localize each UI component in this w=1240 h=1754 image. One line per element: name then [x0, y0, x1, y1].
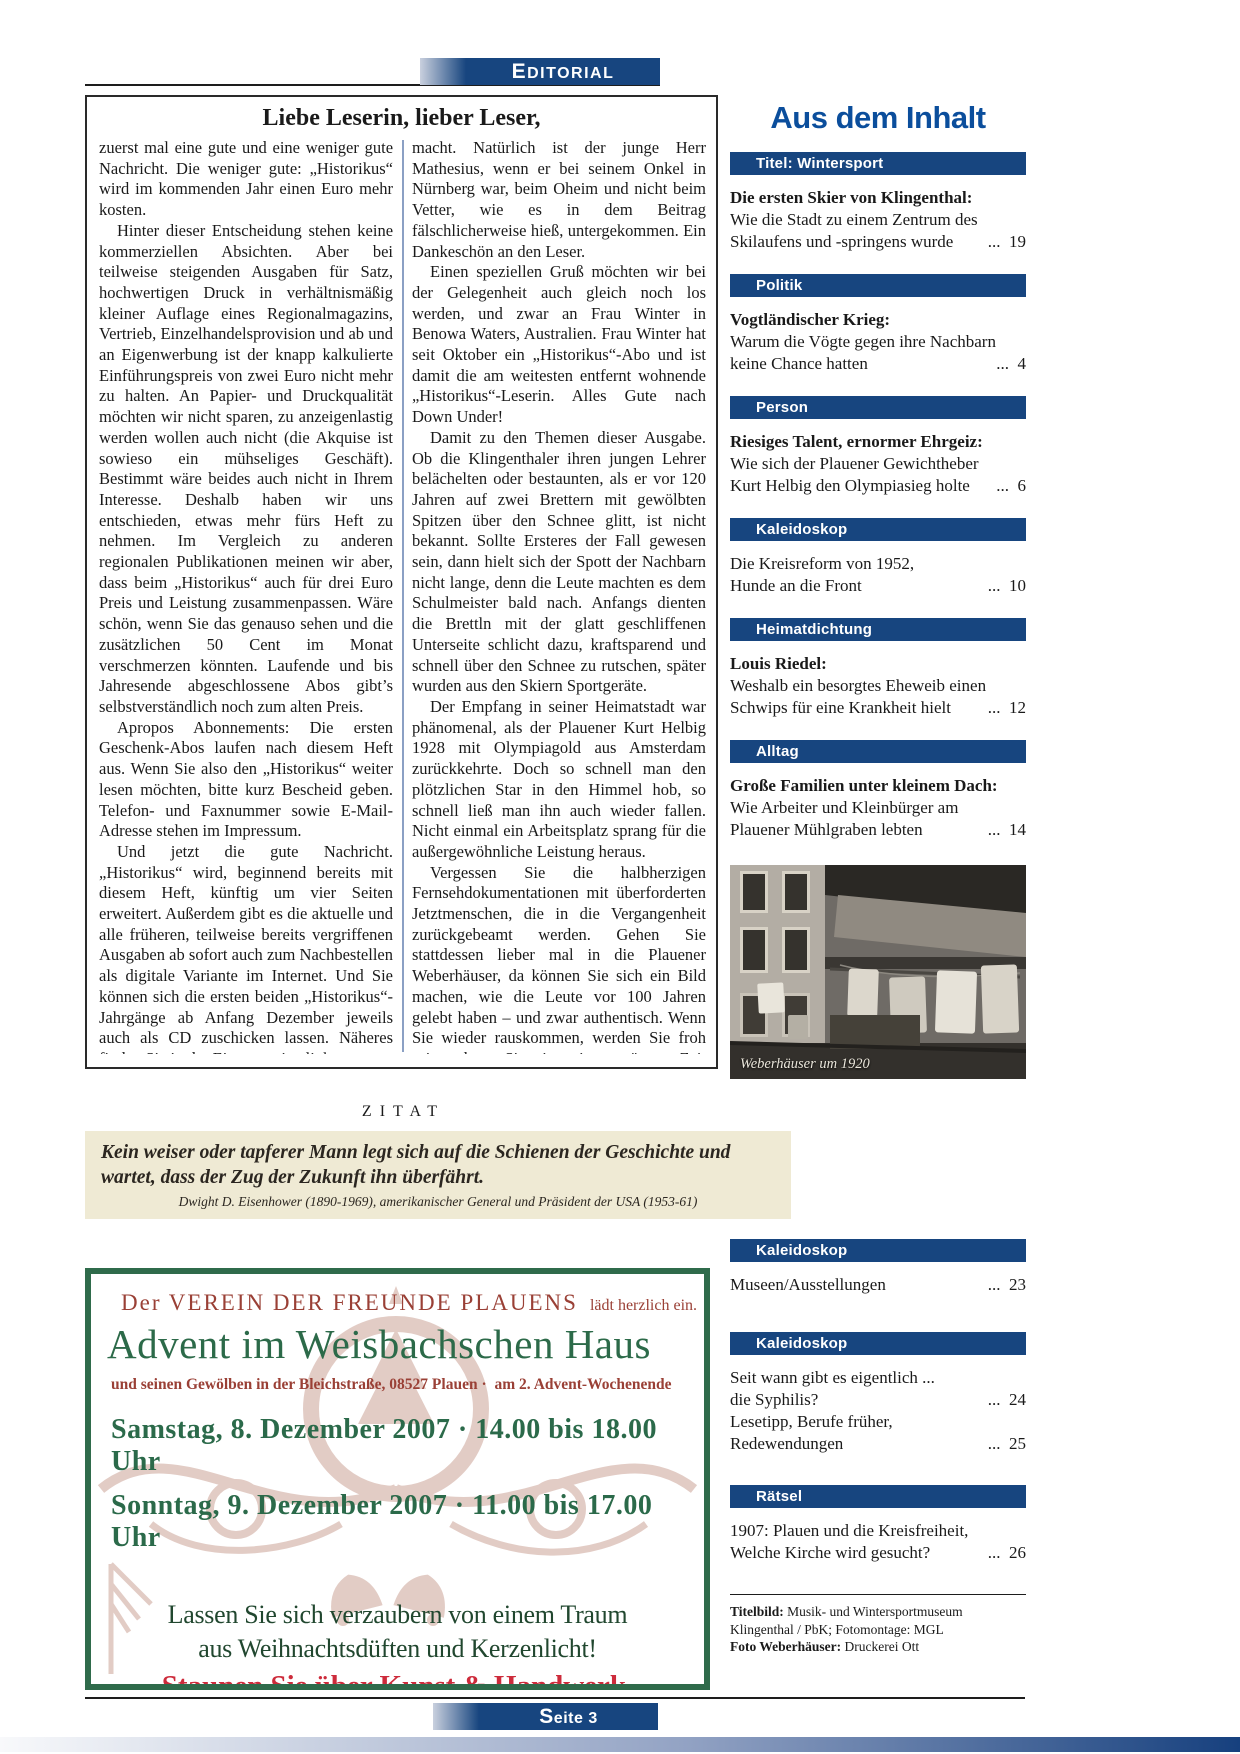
- toc-line-text: Skilaufens und -springens wurde: [730, 231, 953, 253]
- quote-box: Kein weiser oder tapferer Mann legt sich…: [85, 1131, 791, 1219]
- ad-date-sunday: Sonntag, 9. Dezember 2007 · 11.00 bis 17…: [111, 1490, 704, 1554]
- editorial-paragraph: Und jetzt die gute Nachricht. „Historiku…: [99, 842, 393, 1054]
- toc-section-bar: Titel: Wintersport: [730, 152, 1026, 175]
- quote-heading: ZITAT: [85, 1103, 722, 1121]
- toc-entry: Große Familien unter kleinem Dach:Wie Ar…: [730, 775, 1026, 841]
- credit-label: Foto Weberhäuser:: [730, 1639, 841, 1654]
- toc-section-bar: Rätsel: [730, 1485, 1026, 1508]
- toc-page-number: ... 24: [980, 1389, 1026, 1411]
- ad-subline: und seinen Gewölben in der Bleichstraße,…: [111, 1376, 704, 1394]
- toc-line-text: Warum die Vögte gegen ihre Nachbarn: [730, 331, 996, 353]
- toc-section-label: Titel: Wintersport: [730, 155, 883, 172]
- toc-page-number: ... 23: [980, 1274, 1026, 1296]
- column-divider: [402, 140, 404, 1052]
- editorial-label: EDITORIAL: [466, 60, 660, 84]
- toc-line: Warum die Vögte gegen ihre Nachbarn: [730, 331, 1026, 353]
- toc-section: PolitikVogtländischer Krieg:Warum die Vö…: [730, 274, 1026, 375]
- photo-caption: Weberhäuser um 1920: [740, 1056, 870, 1073]
- quote-attribution: Dwight D. Eisenhower (1890-1969), amerik…: [101, 1194, 775, 1210]
- ad-headline: Advent im Weisbachschen Haus: [107, 1320, 704, 1368]
- credit-line: Klingenthal / PbK; Fotomontage: MGL: [730, 1621, 1026, 1639]
- toc-line: 1907: Plauen und die Kreisfreiheit,: [730, 1520, 1026, 1542]
- quote-text: Kein weiser oder tapferer Mann legt sich…: [101, 1140, 775, 1190]
- ad-tagline-3: Staunen Sie über Kunst & Handwerk.: [91, 1670, 704, 1690]
- toc-section: Titel: WintersportDie ersten Skier von K…: [730, 152, 1026, 253]
- editorial-column-right: macht. Natürlich ist der junge Herr Math…: [412, 138, 706, 1054]
- ad-tagline-2: aus Weihnachtsdüften und Kerzenlicht!: [91, 1634, 704, 1664]
- editorial-box: Liebe Leserin, lieber Leser, zuerst mal …: [85, 95, 718, 1069]
- toc-sections-top: Titel: WintersportDie ersten Skier von K…: [730, 152, 1026, 841]
- toc-line: Große Familien unter kleinem Dach:: [730, 775, 1026, 797]
- table-of-contents: Aus dem Inhalt Titel: WintersportDie ers…: [730, 100, 1026, 1656]
- toc-line-text: 1907: Plauen und die Kreisfreiheit,: [730, 1520, 968, 1542]
- toc-section-label: Person: [730, 399, 808, 416]
- editorial-paragraph: macht. Natürlich ist der junge Herr Math…: [412, 138, 706, 262]
- badge-navy: EDITORIAL: [466, 58, 660, 85]
- toc-line: Plauener Mühlgraben lebten... 14: [730, 819, 1026, 841]
- toc-line: Vogtländischer Krieg:: [730, 309, 1026, 331]
- toc-line: Lesetipp, Berufe früher,: [730, 1411, 1026, 1433]
- toc-line-text: Schwips für eine Krankheit hielt: [730, 697, 951, 719]
- toc-line-text: Vogtländischer Krieg:: [730, 309, 890, 331]
- toc-line: Museen/Ausstellungen... 23: [730, 1274, 1026, 1296]
- toc-page-number: ... 6: [988, 475, 1026, 497]
- toc-section: KaleidoskopDie Kreisreform von 1952,Hund…: [730, 518, 1026, 597]
- toc-page-number: ... 19: [980, 231, 1026, 253]
- toc-section-bar: Kaleidoskop: [730, 1332, 1026, 1355]
- credit-text: Druckerei Ott: [841, 1639, 919, 1654]
- ad-date-saturday: Samstag, 8. Dezember 2007 · 14.00 bis 18…: [111, 1414, 704, 1478]
- footer-rule: [85, 1697, 1025, 1699]
- photo-illustration: [730, 865, 1026, 1079]
- editorial-paragraph: Einen speziellen Gruß möchten wir bei de…: [412, 262, 706, 428]
- toc-section-label: Kaleidoskop: [730, 1335, 847, 1352]
- toc-line-text: Die Kreisreform von 1952,: [730, 553, 914, 575]
- toc-entry: Louis Riedel:Weshalb ein besorgtes Ehewe…: [730, 653, 1026, 719]
- toc-section-bar: Person: [730, 396, 1026, 419]
- editorial-badge: EDITORIAL: [420, 58, 660, 85]
- toc-line: Louis Riedel:: [730, 653, 1026, 675]
- credit-text: Musik- und Wintersportmuseum: [784, 1604, 963, 1619]
- toc-page-number: ... 26: [980, 1542, 1026, 1564]
- toc-line-text: Kurt Helbig den Olympiasieg holte: [730, 475, 970, 497]
- editorial-paragraph: Apropos Abonnements: Die ersten Geschenk…: [99, 718, 393, 842]
- editorial-columns: zuerst mal eine gute und eine weniger gu…: [87, 136, 716, 1060]
- toc-entry: Seit wann gibt es eigentlich ...die Syph…: [730, 1367, 1026, 1455]
- editorial-title: Liebe Leserin, lieber Leser,: [87, 105, 716, 132]
- toc-line-text: Große Familien unter kleinem Dach:: [730, 775, 998, 797]
- toc-section-bar: Heimatdichtung: [730, 618, 1026, 641]
- toc-line-text: die Syphilis?: [730, 1389, 818, 1411]
- toc-sections-bottom: KaleidoskopMuseen/Ausstellungen... 23Kal…: [730, 1239, 1026, 1564]
- toc-page-number: ... 4: [988, 353, 1026, 375]
- toc-line: Welche Kirche wird gesucht?... 26: [730, 1542, 1026, 1564]
- toc-line: die Syphilis?... 24: [730, 1389, 1026, 1411]
- toc-line-text: Redewendungen: [730, 1433, 843, 1455]
- toc-page-number: ... 10: [980, 575, 1026, 597]
- toc-line-text: Wie die Stadt zu einem Zentrum des: [730, 209, 978, 231]
- toc-section-label: Rätsel: [730, 1488, 802, 1505]
- toc-line-text: Lesetipp, Berufe früher,: [730, 1411, 893, 1433]
- toc-line-text: Museen/Ausstellungen: [730, 1274, 886, 1296]
- ad-invitation-line: Der VEREIN DER FREUNDE PLAUENS lädt herz…: [121, 1290, 704, 1316]
- toc-line: Redewendungen... 25: [730, 1433, 1026, 1455]
- toc-section-label: Kaleidoskop: [730, 1242, 847, 1259]
- toc-entry: 1907: Plauen und die Kreisfreiheit,Welch…: [730, 1520, 1026, 1564]
- toc-section: Rätsel1907: Plauen und die Kreisfreiheit…: [730, 1485, 1026, 1564]
- ad-subline-address: und seinen Gewölben in der Bleichstraße,…: [111, 1376, 487, 1393]
- editorial-column-left: zuerst mal eine gute und eine weniger gu…: [99, 138, 393, 1054]
- toc-line: Wie die Stadt zu einem Zentrum des: [730, 209, 1026, 231]
- toc-section: HeimatdichtungLouis Riedel:Weshalb ein b…: [730, 618, 1026, 719]
- badge-gradient: [433, 1703, 479, 1730]
- toc-line-text: Wie sich der Plauener Gewichtheber: [730, 453, 979, 475]
- toc-section: KaleidoskopSeit wann gibt es eigentlich …: [730, 1332, 1026, 1455]
- credit-label: Titelbild:: [730, 1604, 784, 1619]
- toc-line-text: Wie Arbeiter und Kleinbürger am: [730, 797, 958, 819]
- toc-section-bar: Kaleidoskop: [730, 1239, 1026, 1262]
- toc-title: Aus dem Inhalt: [730, 100, 1026, 136]
- editorial-paragraph: Hinter dieser Entscheidung stehen keine …: [99, 221, 393, 718]
- toc-line: keine Chance hatten... 4: [730, 353, 1026, 375]
- toc-entry: Museen/Ausstellungen... 23: [730, 1274, 1026, 1296]
- toc-line: Kurt Helbig den Olympiasieg holte... 6: [730, 475, 1026, 497]
- editorial-paragraph: Der Empfang in seiner Heimatstadt war ph…: [412, 697, 706, 863]
- toc-line-text: Seit wann gibt es eigentlich ...: [730, 1367, 935, 1389]
- ad-association-name: Der VEREIN DER FREUNDE PLAUENS: [121, 1290, 578, 1315]
- page-number-badge: Seite 3: [433, 1703, 658, 1730]
- toc-line-text: Weshalb ein besorgtes Eheweib einen: [730, 675, 986, 697]
- toc-section-label: Heimatdichtung: [730, 621, 872, 638]
- toc-section-bar: Kaleidoskop: [730, 518, 1026, 541]
- toc-section-bar: Politik: [730, 274, 1026, 297]
- credit-text: Klingenthal / PbK; Fotomontage: MGL: [730, 1622, 944, 1637]
- credits-rule: [730, 1594, 1026, 1595]
- badge-navy: Seite 3: [479, 1703, 658, 1730]
- ad-subline-weekend: am 2. Advent-Wochenende: [495, 1376, 672, 1393]
- toc-section-label: Politik: [730, 277, 802, 294]
- toc-line: Weshalb ein besorgtes Eheweib einen: [730, 675, 1026, 697]
- toc-line-text: Riesiges Talent, ernormer Ehrgeiz:: [730, 431, 983, 453]
- advent-advertisement: Der VEREIN DER FREUNDE PLAUENS lädt herz…: [85, 1268, 710, 1690]
- toc-line: Skilaufens und -springens wurde... 19: [730, 231, 1026, 253]
- toc-line: Schwips für eine Krankheit hielt... 12: [730, 697, 1026, 719]
- toc-line: Die Kreisreform von 1952,: [730, 553, 1026, 575]
- toc-section: KaleidoskopMuseen/Ausstellungen... 23: [730, 1239, 1026, 1296]
- toc-line: Wie Arbeiter und Kleinbürger am: [730, 797, 1026, 819]
- toc-line: Wie sich der Plauener Gewichtheber: [730, 453, 1026, 475]
- toc-line: Die ersten Skier von Klingenthal:: [730, 187, 1026, 209]
- ad-invitation-suffix: lädt herzlich ein.: [590, 1297, 697, 1314]
- editorial-paragraph: zuerst mal eine gute und eine weniger gu…: [99, 138, 393, 221]
- toc-line-text: Welche Kirche wird gesucht?: [730, 1542, 930, 1564]
- toc-section-label: Kaleidoskop: [730, 521, 847, 538]
- toc-section-label: Alltag: [730, 743, 799, 760]
- toc-line: Riesiges Talent, ernormer Ehrgeiz:: [730, 431, 1026, 453]
- photo-credits: Titelbild: Musik- und WintersportmuseumK…: [730, 1603, 1026, 1656]
- badge-gradient: [420, 58, 466, 85]
- toc-line-text: Louis Riedel:: [730, 653, 827, 675]
- toc-entry: Vogtländischer Krieg:Warum die Vögte geg…: [730, 309, 1026, 375]
- credit-line: Titelbild: Musik- und Wintersportmuseum: [730, 1603, 1026, 1621]
- toc-section: AlltagGroße Familien unter kleinem Dach:…: [730, 740, 1026, 841]
- toc-section-bar: Alltag: [730, 740, 1026, 763]
- toc-entry: Die ersten Skier von Klingenthal:Wie die…: [730, 187, 1026, 253]
- toc-entry: Die Kreisreform von 1952,Hunde an die Fr…: [730, 553, 1026, 597]
- editorial-paragraph: Damit zu den Themen dieser Ausgabe. Ob d…: [412, 428, 706, 697]
- toc-page-number: ... 14: [980, 819, 1026, 841]
- toc-page-number: ... 12: [980, 697, 1026, 719]
- toc-line: Seit wann gibt es eigentlich ...: [730, 1367, 1026, 1389]
- footer-gradient-strip: [0, 1737, 1240, 1752]
- ad-tagline-1: Lassen Sie sich verzaubern von einem Tra…: [91, 1600, 704, 1630]
- toc-line-text: Hunde an die Front: [730, 575, 862, 597]
- toc-line-text: keine Chance hatten: [730, 353, 868, 375]
- toc-section: PersonRiesiges Talent, ernormer Ehrgeiz:…: [730, 396, 1026, 497]
- toc-line-text: Plauener Mühlgraben lebten: [730, 819, 923, 841]
- credit-line: Foto Weberhäuser: Druckerei Ott: [730, 1638, 1026, 1656]
- weberhaeuser-photo: Weberhäuser um 1920: [730, 865, 1026, 1079]
- page-number-label: Seite 3: [479, 1705, 658, 1729]
- toc-line-text: Die ersten Skier von Klingenthal:: [730, 187, 972, 209]
- toc-page-number: ... 25: [980, 1433, 1026, 1455]
- toc-line: Hunde an die Front... 10: [730, 575, 1026, 597]
- toc-entry: Riesiges Talent, ernormer Ehrgeiz:Wie si…: [730, 431, 1026, 497]
- editorial-paragraph: Vergessen Sie die halbherzigen Fernsehdo…: [412, 863, 706, 1054]
